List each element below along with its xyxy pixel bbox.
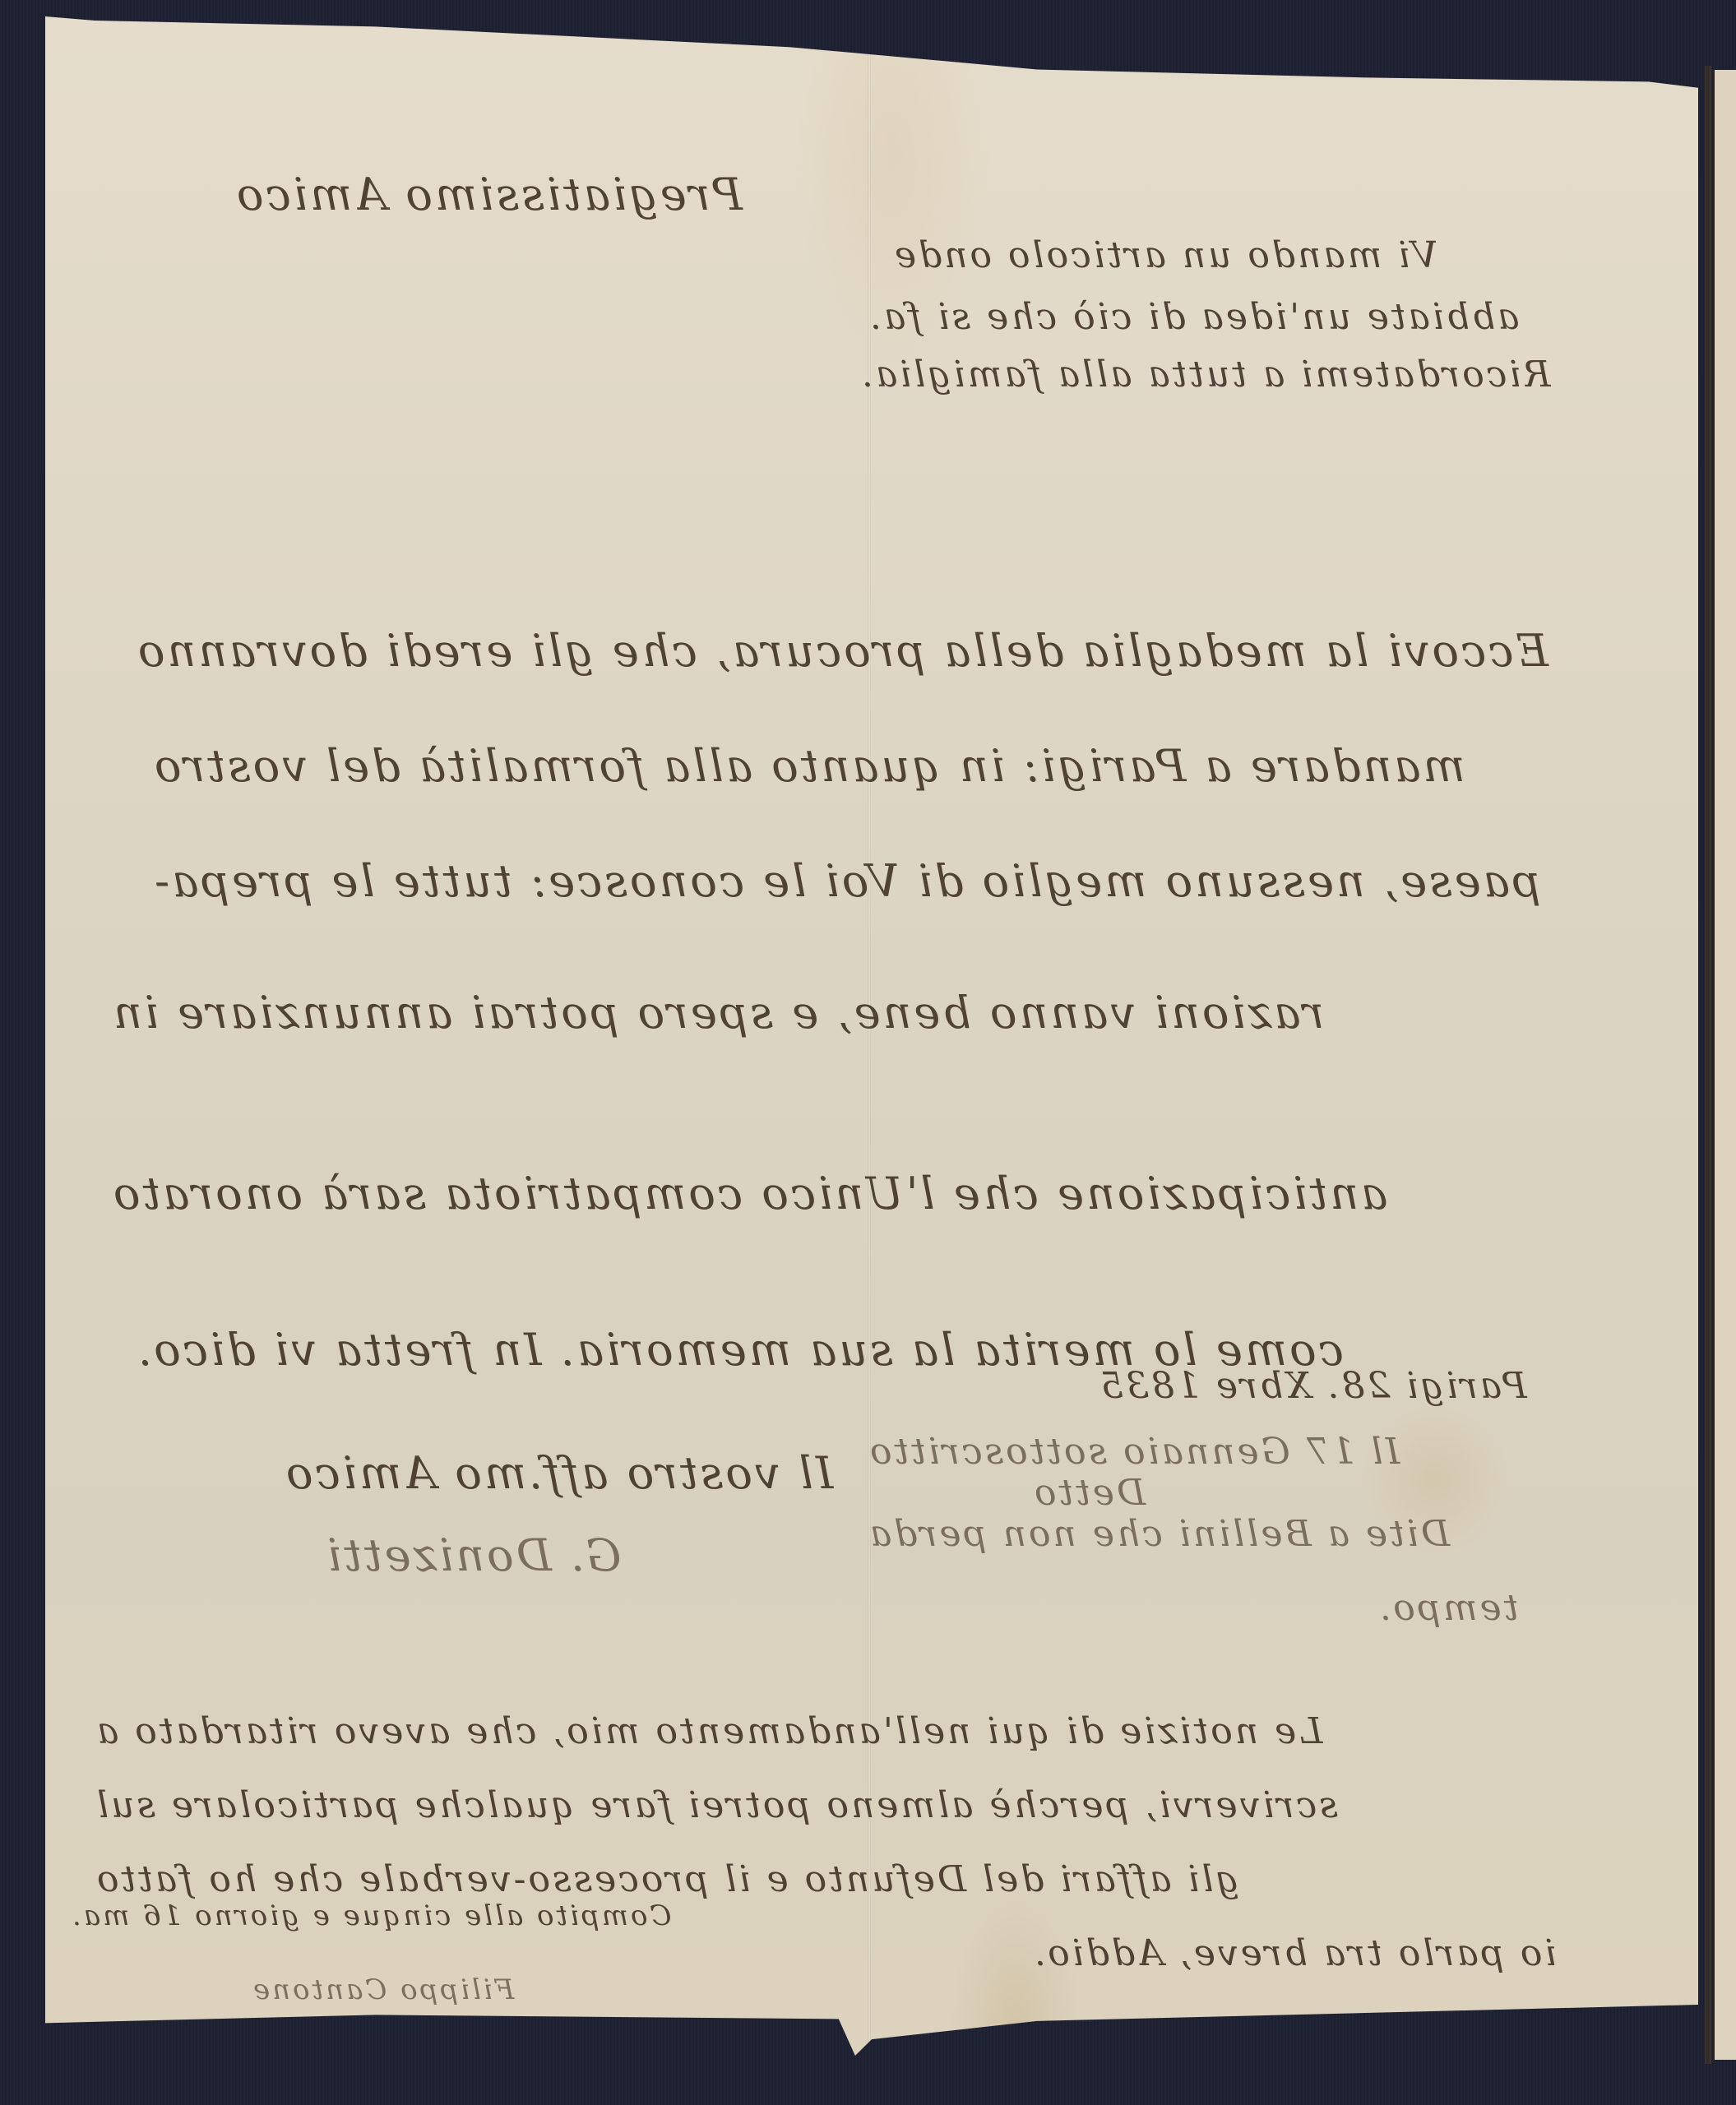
side-note-line-2: Detto: [1032, 1472, 1146, 1514]
signature: G. Donizetti: [325, 1529, 621, 1581]
postscript-top-line-2: abbiate un'idea di ciò che si fa.: [868, 296, 1519, 338]
body-line-5: anticipazione che l'Unico compatriota sa…: [111, 1168, 1387, 1219]
postscript-top-line-1: Vi mando un articolo onde: [892, 234, 1437, 276]
body-line-3: paese, nessuno meglio di Voi le conosce:…: [152, 855, 1541, 907]
postscript-bottom-line-1: Le notizie di qui nell'andamento mio, ch…: [95, 1710, 1322, 1752]
side-note-line-1: Il 17 Gennaio sottoscritto: [868, 1431, 1400, 1473]
side-note-line-4: tempo.: [1377, 1587, 1518, 1629]
adjacent-page-strip: [1713, 70, 1736, 2060]
postscript-bottom-line-4: io parlo tra breve, Addio.: [1032, 1932, 1556, 1974]
postscript-bottom-line-2: scrivervi, perchè almeno potrei fare qua…: [95, 1784, 1338, 1826]
closing: Il vostro aff.mo Amico: [284, 1447, 833, 1499]
addendum-line-1: Compito alle cinque e giorno 16 ma.: [70, 1899, 672, 1932]
side-note-line-3: Dite a Bellini che non perda: [868, 1513, 1450, 1555]
body-line-2: mandare a Parigi: in quanto alla formali…: [152, 740, 1465, 792]
dateline: Parigi 28. Xbre 1835: [1098, 1365, 1527, 1407]
body-line-1: Eccovi la medaglia della procura, che gl…: [136, 625, 1549, 677]
manuscript-page: Pregiatissimo Amico Vi mando un articolo…: [45, 16, 1698, 2056]
postscript-top-line-3: Ricordatemi a tutta alla famiglia.: [859, 354, 1551, 396]
page-edge-shadow: [1705, 66, 1711, 2064]
postscript-bottom-line-3: gli affari del Defunto e il processo-ver…: [95, 1858, 1239, 1900]
salutation: Pregiatissimo Amico: [234, 169, 743, 220]
body-line-4: razioni vanno bene, e spero potrai annun…: [111, 987, 1324, 1039]
addendum-signature: Filippo Cantone: [251, 1973, 514, 2006]
